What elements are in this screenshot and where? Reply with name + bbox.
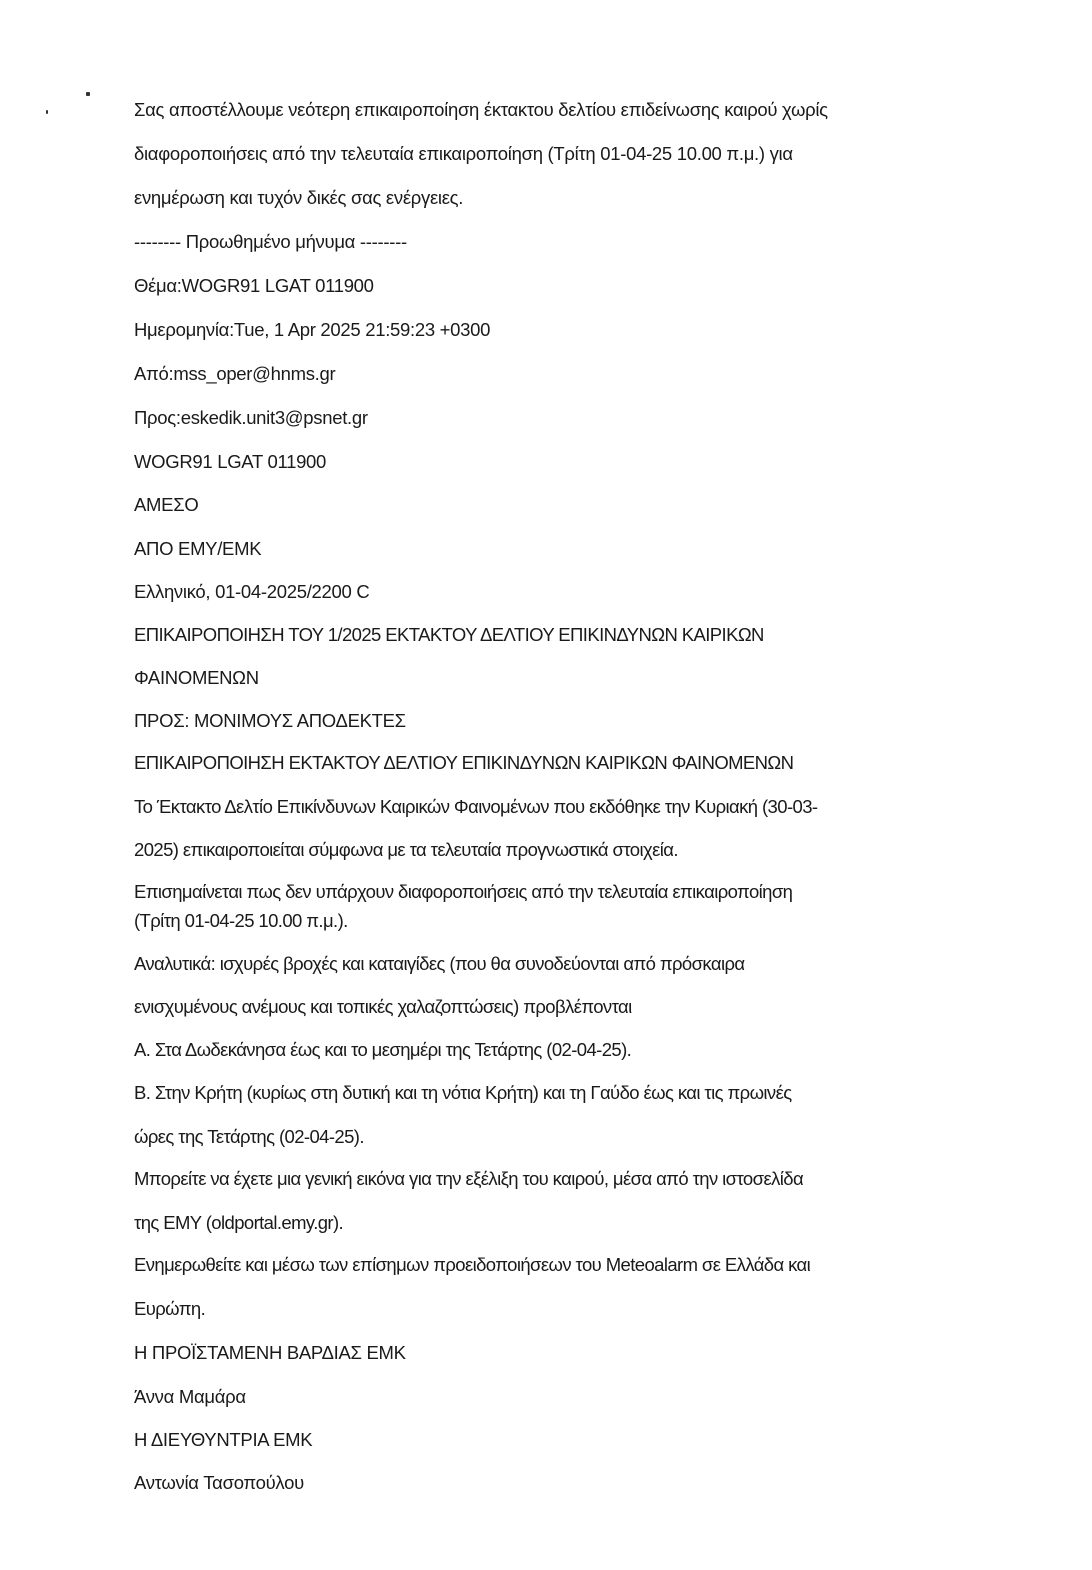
bulletin-body-line: Το Έκτακτο Δελτίο Επικίνδυνων Καιρικών Φ… [134,796,817,818]
bulletin-recipients: ΠΡΟΣ: ΜΟΝΙΜΟΥΣ ΑΠΟΔΕΚΤΕΣ [134,710,406,732]
intro-line: ενημέρωση και τυχόν δικές σας ενέργειες. [134,187,463,209]
email-to: Προς:eskedik.unit3@psnet.gr [134,407,368,429]
bulletin-body-line: Επισημαίνεται πως δεν υπάρχουν διαφοροπο… [134,881,792,903]
bulletin-title-line1: ΕΠΙΚΑΙΡΟΠΟΙΗΣΗ ΤΟΥ 1/2025 ΕΚΤΑΚΤΟΥ ΔΕΛΤΙ… [134,624,764,646]
bulletin-body-line: ώρες της Τετάρτης (02-04-25). [134,1126,364,1148]
bulletin-body-line: Α. Στα Δωδεκάνησα έως και το μεσημέρι τη… [134,1039,631,1061]
bulletin-body-line: 2025) επικαιροποιείται σύμφωνα με τα τελ… [134,839,678,861]
bulletin-body-line: της ΕΜΥ (oldportal.emy.gr). [134,1212,343,1234]
bulletin-body-line: ενισχυμένους ανέμους και τοπικές χαλαζοπ… [134,996,632,1018]
bulletin-body-line: Β. Στην Κρήτη (κυρίως στη δυτική και τη … [134,1082,792,1104]
email-from: Από:mss_oper@hnms.gr [134,363,335,385]
bulletin-code: WOGR91 LGAT 011900 [134,451,326,473]
intro-line: διαφοροποιήσεις από την τελευταία επικαι… [134,143,793,165]
signature-title: Η ΠΡΟΪΣΤΑΜΕΝΗ ΒΑΡΔΙΑΣ ΕΜΚ [134,1342,406,1364]
signature-name: Άννα Μαμάρα [134,1386,246,1408]
intro-line: Σας αποστέλλουμε νεότερη επικαιροποίηση … [134,99,828,121]
signature-name: Αντωνία Τασοπούλου [134,1472,304,1494]
bulletin-place-datetime: Ελληνικό, 01-04-2025/2200 C [134,581,369,603]
bulletin-heading: ΕΠΙΚΑΙΡΟΠΟΙΗΣΗ ΕΚΤΑΚΤΟΥ ΔΕΛΤΙΟΥ ΕΠΙΚΙΝΔΥ… [134,752,793,774]
email-subject: Θέμα:WOGR91 LGAT 011900 [134,275,374,297]
scan-speck [46,110,48,114]
bulletin-body-line: (Τρίτη 01-04-25 10.00 π.μ.). [134,910,348,932]
bulletin-body-line: Μπορείτε να έχετε μια γενική εικόνα για … [134,1168,803,1190]
forwarded-separator: -------- Προωθημένο μήνυμα -------- [134,231,407,253]
bulletin-body-line: Ευρώπη. [134,1298,205,1320]
bulletin-body-line: Αναλυτικά: ισχυρές βροχές και καταιγίδες… [134,953,744,975]
signature-title: Η ΔΙΕΥΘΥΝΤΡΙΑ ΕΜΚ [134,1429,312,1451]
bulletin-title-line2: ΦΑΙΝΟΜΕΝΩΝ [134,667,259,689]
bulletin-body-line: Ενημερωθείτε και μέσω των επίσημων προει… [134,1254,810,1276]
bulletin-priority: ΑΜΕΣΟ [134,494,198,516]
bulletin-sender: ΑΠΟ ΕΜΥ/ΕΜΚ [134,538,261,560]
scan-speck [86,92,90,96]
scanned-document-page: Σας αποστέλλουμε νεότερη επικαιροποίηση … [0,0,1092,1570]
email-date: Ημερομηνία:Tue, 1 Apr 2025 21:59:23 +030… [134,319,490,341]
